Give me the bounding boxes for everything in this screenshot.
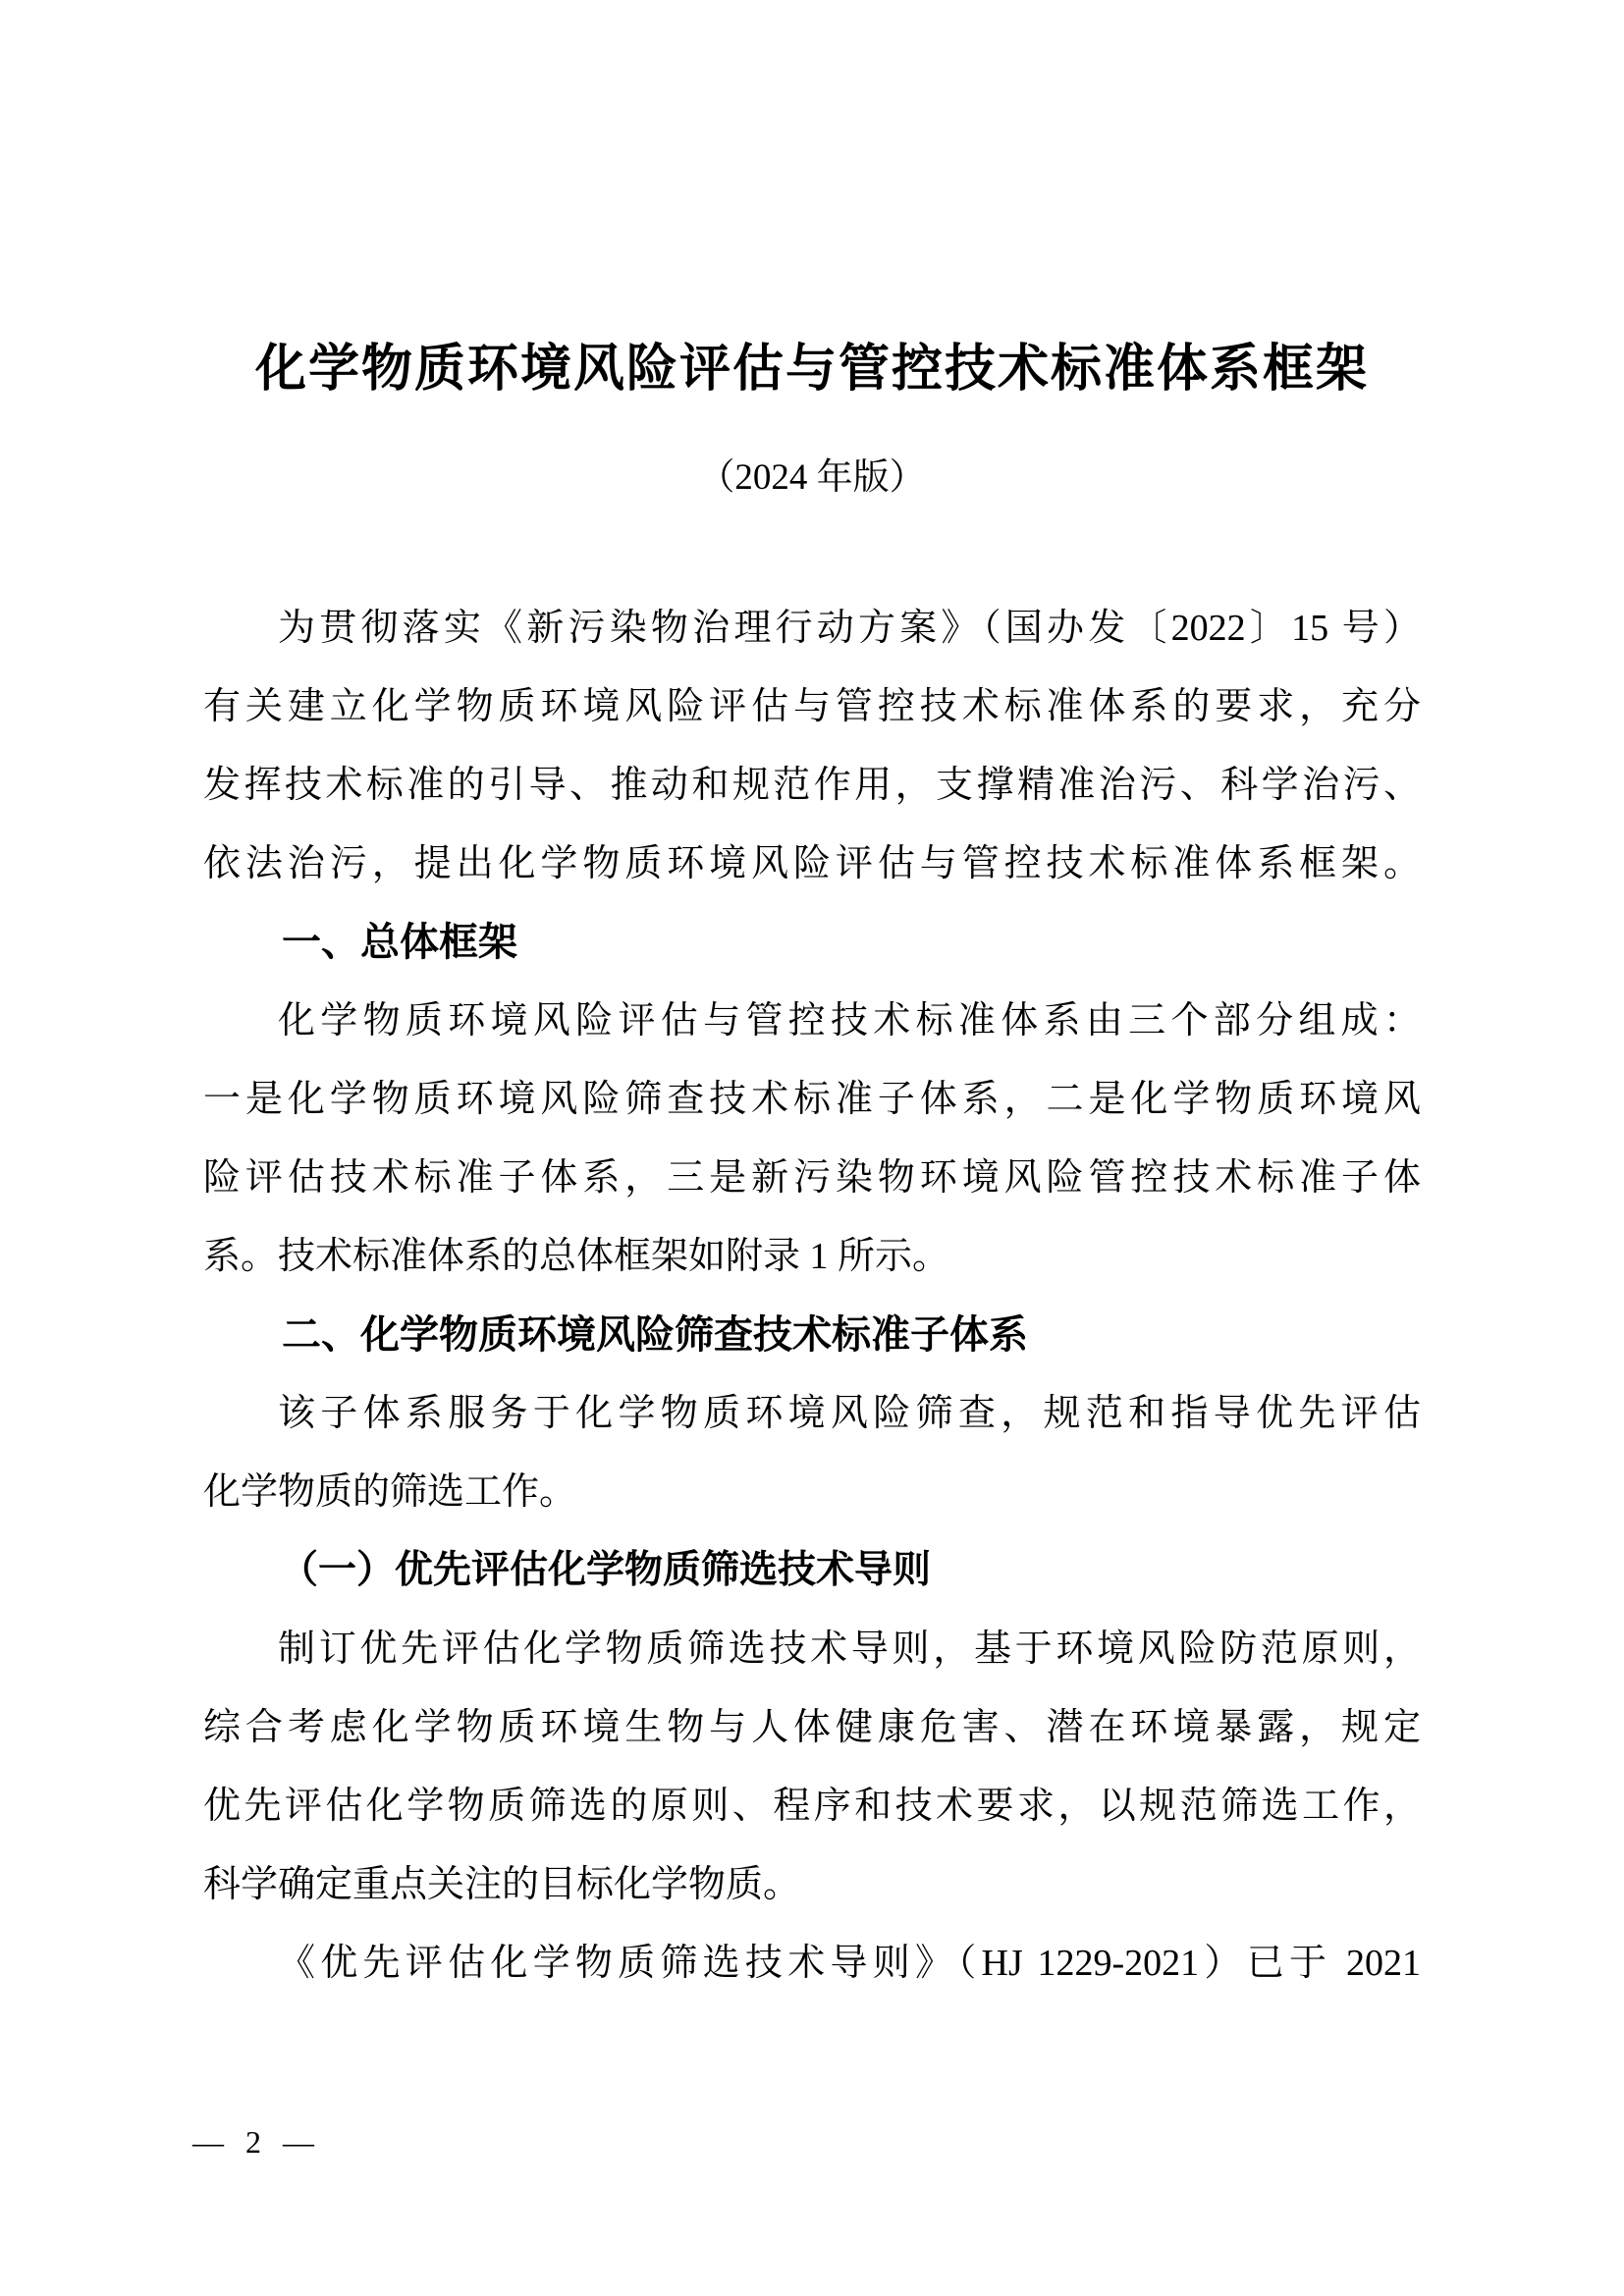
paragraph: 制订优先评估化学物质筛选技术导则，基于环境风险防范原则，综合考虑化学物质环境生物… [203, 1610, 1421, 1924]
heading-sub: （一）优先评估化学物质筛选技术导则 [203, 1531, 1421, 1610]
heading-major: 一、总体框架 [203, 903, 1421, 982]
text-line: 科学确定重点关注的目标化学物质。 [203, 1845, 1421, 1924]
heading-major: 二、化学物质环境风险筛查技术标准子体系 [203, 1296, 1421, 1374]
text-line: 制订优先评估化学物质筛选技术导则，基于环境风险防范原则， [203, 1610, 1421, 1688]
text-line: 依法治污，提出化学物质环境风险评估与管控技术标准体系框架。 [203, 825, 1421, 903]
paragraph: 该子体系服务于化学物质环境风险筛查，规范和指导优先评估化学物质的筛选工作。 [203, 1374, 1421, 1531]
paragraph: 化学物质环境风险评估与管控技术标准体系由三个部分组成：一是化学物质环境风险筛查技… [203, 982, 1421, 1296]
paragraph: 《优先评估化学物质筛选技术导则》（HJ 1229-2021）已于 2021 [203, 1924, 1421, 2002]
text-line: 优先评估化学物质筛选的原则、程序和技术要求，以规范筛选工作， [203, 1767, 1421, 1845]
text-line: 综合考虑化学物质环境生物与人体健康危害、潜在环境暴露，规定 [203, 1688, 1421, 1767]
text-line: 一是化学物质环境风险筛查技术标准子体系，二是化学物质环境风 [203, 1060, 1421, 1139]
text-line: 化学物质的筛选工作。 [203, 1453, 1421, 1531]
document-title: 化学物质环境风险评估与管控技术标准体系框架 [203, 340, 1421, 399]
text-line: 化学物质环境风险评估与管控技术标准体系由三个部分组成： [203, 982, 1421, 1060]
page-number: — 2 — [192, 2120, 314, 2163]
text-line: 《优先评估化学物质筛选技术导则》（HJ 1229-2021）已于 2021 [203, 1924, 1421, 2002]
text-line: （一）优先评估化学物质筛选技术导则 [203, 1531, 1421, 1610]
text-line: 二、化学物质环境风险筛查技术标准子体系 [203, 1296, 1421, 1374]
text-line: 系。技术标准体系的总体框架如附录 1 所示。 [203, 1217, 1421, 1296]
paragraph: 为贯彻落实《新污染物治理行动方案》（国办发〔2022〕15 号）有关建立化学物质… [203, 589, 1421, 903]
document-body: 为贯彻落实《新污染物治理行动方案》（国办发〔2022〕15 号）有关建立化学物质… [203, 589, 1421, 2002]
text-line: 一、总体框架 [203, 903, 1421, 982]
text-line: 有关建立化学物质环境风险评估与管控技术标准体系的要求，充分 [203, 667, 1421, 746]
document-subtitle: （2024 年版） [203, 456, 1421, 500]
text-line: 险评估技术标准子体系，三是新污染物环境风险管控技术标准子体 [203, 1139, 1421, 1217]
document-page: 化学物质环境风险评估与管控技术标准体系框架 （2024 年版） 为贯彻落实《新污… [0, 0, 1624, 2296]
text-line: 该子体系服务于化学物质环境风险筛查，规范和指导优先评估 [203, 1374, 1421, 1453]
text-line: 为贯彻落实《新污染物治理行动方案》（国办发〔2022〕15 号） [203, 589, 1421, 667]
text-line: 发挥技术标准的引导、推动和规范作用，支撑精准治污、科学治污、 [203, 746, 1421, 825]
